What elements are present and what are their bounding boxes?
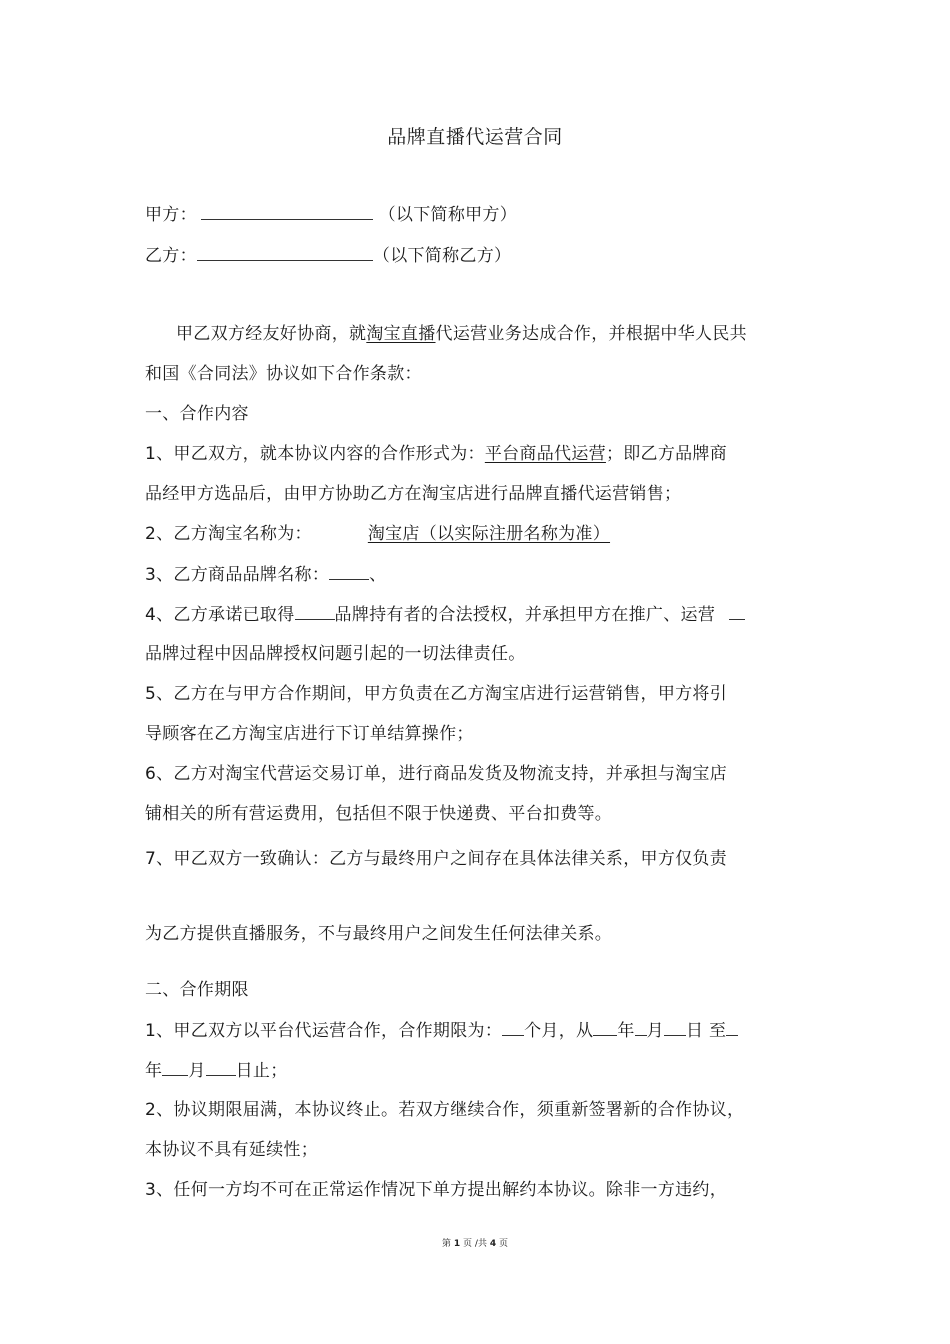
clause-text: 月 bbox=[647, 1021, 664, 1041]
clause-text: 月 bbox=[188, 1061, 205, 1081]
section-2-heading: 二、合作期限 bbox=[145, 978, 249, 1002]
clause-1-6-line-1: 6、乙方对淘宝代营运交易订单，进行商品发货及物流支持，并承担与淘宝店 bbox=[145, 762, 727, 786]
clause-1-5-line-1: 5、乙方在与甲方合作期间，甲方负责在乙方淘宝店进行运营销售，甲方将引 bbox=[145, 682, 727, 706]
intro-line-2: 和国《合同法》协议如下合作条款： bbox=[145, 362, 422, 386]
footer-text: 第 bbox=[442, 1239, 451, 1249]
start-year-blank bbox=[593, 1018, 617, 1036]
clause-text: 4、乙方承诺已取得 bbox=[145, 605, 295, 625]
clause-1-1-line-1: 1、甲乙双方，就本协议内容的合作形式为：平台商品代运营；即乙方品牌商 bbox=[145, 442, 727, 466]
months-blank bbox=[502, 1018, 524, 1036]
clause-text: 年 bbox=[617, 1021, 634, 1041]
clause-text-mid: 品牌持有者的合法授权，并承担甲方在推广、运营 bbox=[335, 605, 716, 625]
brand-blank bbox=[729, 602, 745, 620]
section-1-heading: 一、合作内容 bbox=[145, 402, 249, 426]
clause-2-1-line-2: 年月日止； bbox=[145, 1058, 288, 1083]
clause-1-6-line-2: 铺相关的所有营运费用，包括但不限于快递费、平台扣费等。 bbox=[145, 802, 612, 826]
party-b-label: 乙方： bbox=[145, 246, 197, 266]
party-b-note: （以下简称乙方） bbox=[373, 246, 511, 266]
intro-underlined: 淘宝直播 bbox=[366, 324, 435, 344]
clause-1-4-line-2: 品牌过程中因品牌授权问题引起的一切法律责任。 bbox=[145, 642, 526, 666]
document-page: 品牌直播代运营合同 甲方： （以下简称甲方） 乙方：（以下简称乙方） 甲乙双方经… bbox=[0, 0, 950, 1344]
clause-text: 3、乙方商品品牌名称： bbox=[145, 565, 329, 585]
start-month-blank bbox=[635, 1018, 647, 1036]
intro-line-1: 甲乙双方经友好协商，就淘宝直播代运营业务达成合作，并根据中华人民共 bbox=[176, 322, 747, 346]
party-b-line: 乙方：（以下简称乙方） bbox=[145, 243, 511, 268]
store-name-field: 淘宝店（以实际注册名称为准） bbox=[312, 524, 610, 544]
start-day-blank bbox=[664, 1018, 686, 1036]
end-year-cont-blank bbox=[162, 1058, 188, 1076]
clause-text: 日止； bbox=[236, 1061, 288, 1081]
brand-holder-blank bbox=[295, 602, 335, 620]
clause-1-3: 3、乙方商品品牌名称：、 bbox=[145, 562, 386, 587]
clause-1-5-line-2: 导顾客在乙方淘宝店进行下订单结算操作； bbox=[145, 722, 474, 746]
brand-name-blank bbox=[329, 562, 369, 580]
clause-2-1-line-1: 1、甲乙双方以平台代运营合作，合作期限为：个月，从年月日 至 bbox=[145, 1018, 738, 1043]
party-a-blank bbox=[201, 202, 373, 220]
clause-text: 个月，从 bbox=[524, 1021, 593, 1041]
clause-text: 1、甲乙双方以平台代运营合作，合作期限为： bbox=[145, 1021, 502, 1041]
page-footer: 第 1 页 /共 4 页 bbox=[0, 1236, 950, 1249]
end-year-blank bbox=[726, 1018, 738, 1036]
clause-1-4-line-1: 4、乙方承诺已取得品牌持有者的合法授权，并承担甲方在推广、运营 bbox=[145, 602, 745, 627]
clause-1-1-line-2: 品经甲方选品后，由甲方协助乙方在淘宝店进行品牌直播代运营销售； bbox=[145, 482, 681, 506]
clause-text: 年 bbox=[145, 1061, 162, 1081]
total-pages: 4 bbox=[490, 1239, 496, 1249]
clause-text-post: 、 bbox=[369, 565, 386, 585]
clause-text: 1、甲乙双方，就本协议内容的合作形式为： bbox=[145, 444, 485, 464]
intro-text-post: 代运营业务达成合作，并根据中华人民共 bbox=[436, 324, 747, 344]
footer-text: 页 /共 bbox=[463, 1239, 487, 1249]
party-b-blank bbox=[197, 243, 373, 261]
clause-2-2-line-1: 2、协议期限届满，本协议终止。若双方继续合作，须重新签署新的合作协议， bbox=[145, 1098, 744, 1122]
clause-1-7-line-2: 为乙方提供直播服务，不与最终用户之间发生任何法律关系。 bbox=[145, 922, 612, 946]
clause-2-2-line-2: 本协议不具有延续性； bbox=[145, 1138, 318, 1162]
intro-text: 甲乙双方经友好协商，就 bbox=[176, 324, 366, 344]
page-number: 1 bbox=[454, 1239, 460, 1249]
clause-text: 日 至 bbox=[686, 1021, 726, 1041]
footer-text: 页 bbox=[499, 1239, 508, 1249]
clause-2-3-line-1: 3、任何一方均不可在正常运作情况下单方提出解约本协议。除非一方违约， bbox=[145, 1178, 727, 1202]
end-month-blank bbox=[206, 1058, 236, 1076]
clause-1-7-line-1: 7、甲乙双方一致确认：乙方与最终用户之间存在具体法律关系，甲方仅负责 bbox=[145, 847, 727, 871]
clause-underlined: 平台商品代运营 bbox=[485, 444, 606, 464]
party-a-label: 甲方： bbox=[145, 205, 197, 225]
document-title: 品牌直播代运营合同 bbox=[0, 122, 950, 149]
party-a-note: （以下简称甲方） bbox=[379, 205, 517, 225]
party-a-line: 甲方： （以下简称甲方） bbox=[145, 202, 517, 227]
clause-1-2: 2、乙方淘宝名称为：淘宝店（以实际注册名称为准） bbox=[145, 522, 610, 546]
clause-text-post: ；即乙方品牌商 bbox=[606, 444, 727, 464]
clause-text: 2、乙方淘宝名称为： bbox=[145, 524, 312, 544]
